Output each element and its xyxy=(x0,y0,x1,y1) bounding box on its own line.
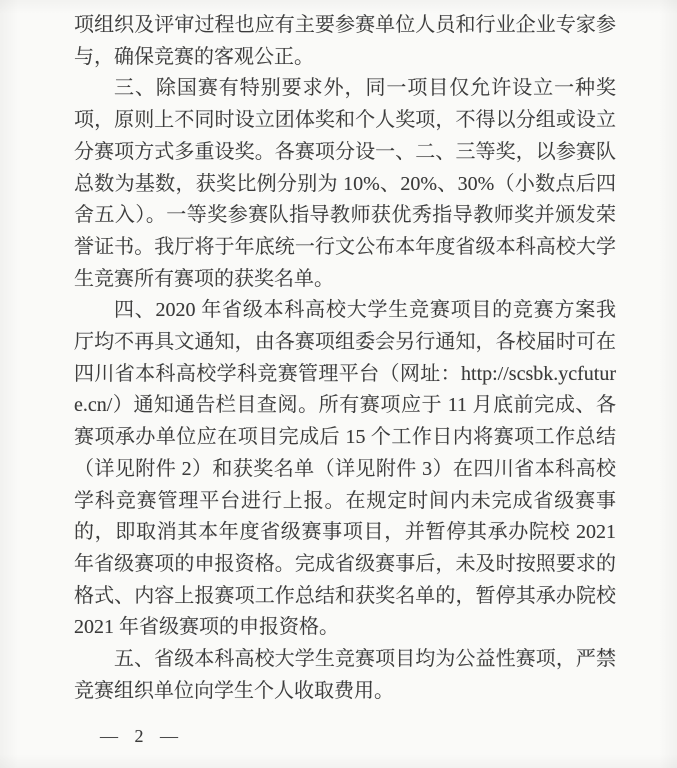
paragraph-item-five: 五、省级本科高校大学生竞赛项目均为公益性赛项，严禁竞赛组织单位向学生个人收取费用… xyxy=(74,644,616,707)
document-body: 项组织及评审过程也应有主要参赛单位人员和行业企业专家参与，确保竞赛的客观公正。 … xyxy=(74,10,616,707)
paragraph-item-three: 三、除国赛有特别要求外，同一项目仅允许设立一种奖项，原则上不同时设立团体奖和个人… xyxy=(74,73,616,295)
page-number: — 2 — xyxy=(100,726,184,747)
paragraph-item-four: 四、2020 年省级本科高校大学生竞赛项目的竞赛方案我厅均不再具文通知，由各赛项… xyxy=(74,295,616,644)
paragraph-continuation: 项组织及评审过程也应有主要参赛单位人员和行业企业专家参与，确保竞赛的客观公正。 xyxy=(74,10,616,73)
scanned-document-page: 项组织及评审过程也应有主要参赛单位人员和行业企业专家参与，确保竞赛的客观公正。 … xyxy=(0,0,677,768)
